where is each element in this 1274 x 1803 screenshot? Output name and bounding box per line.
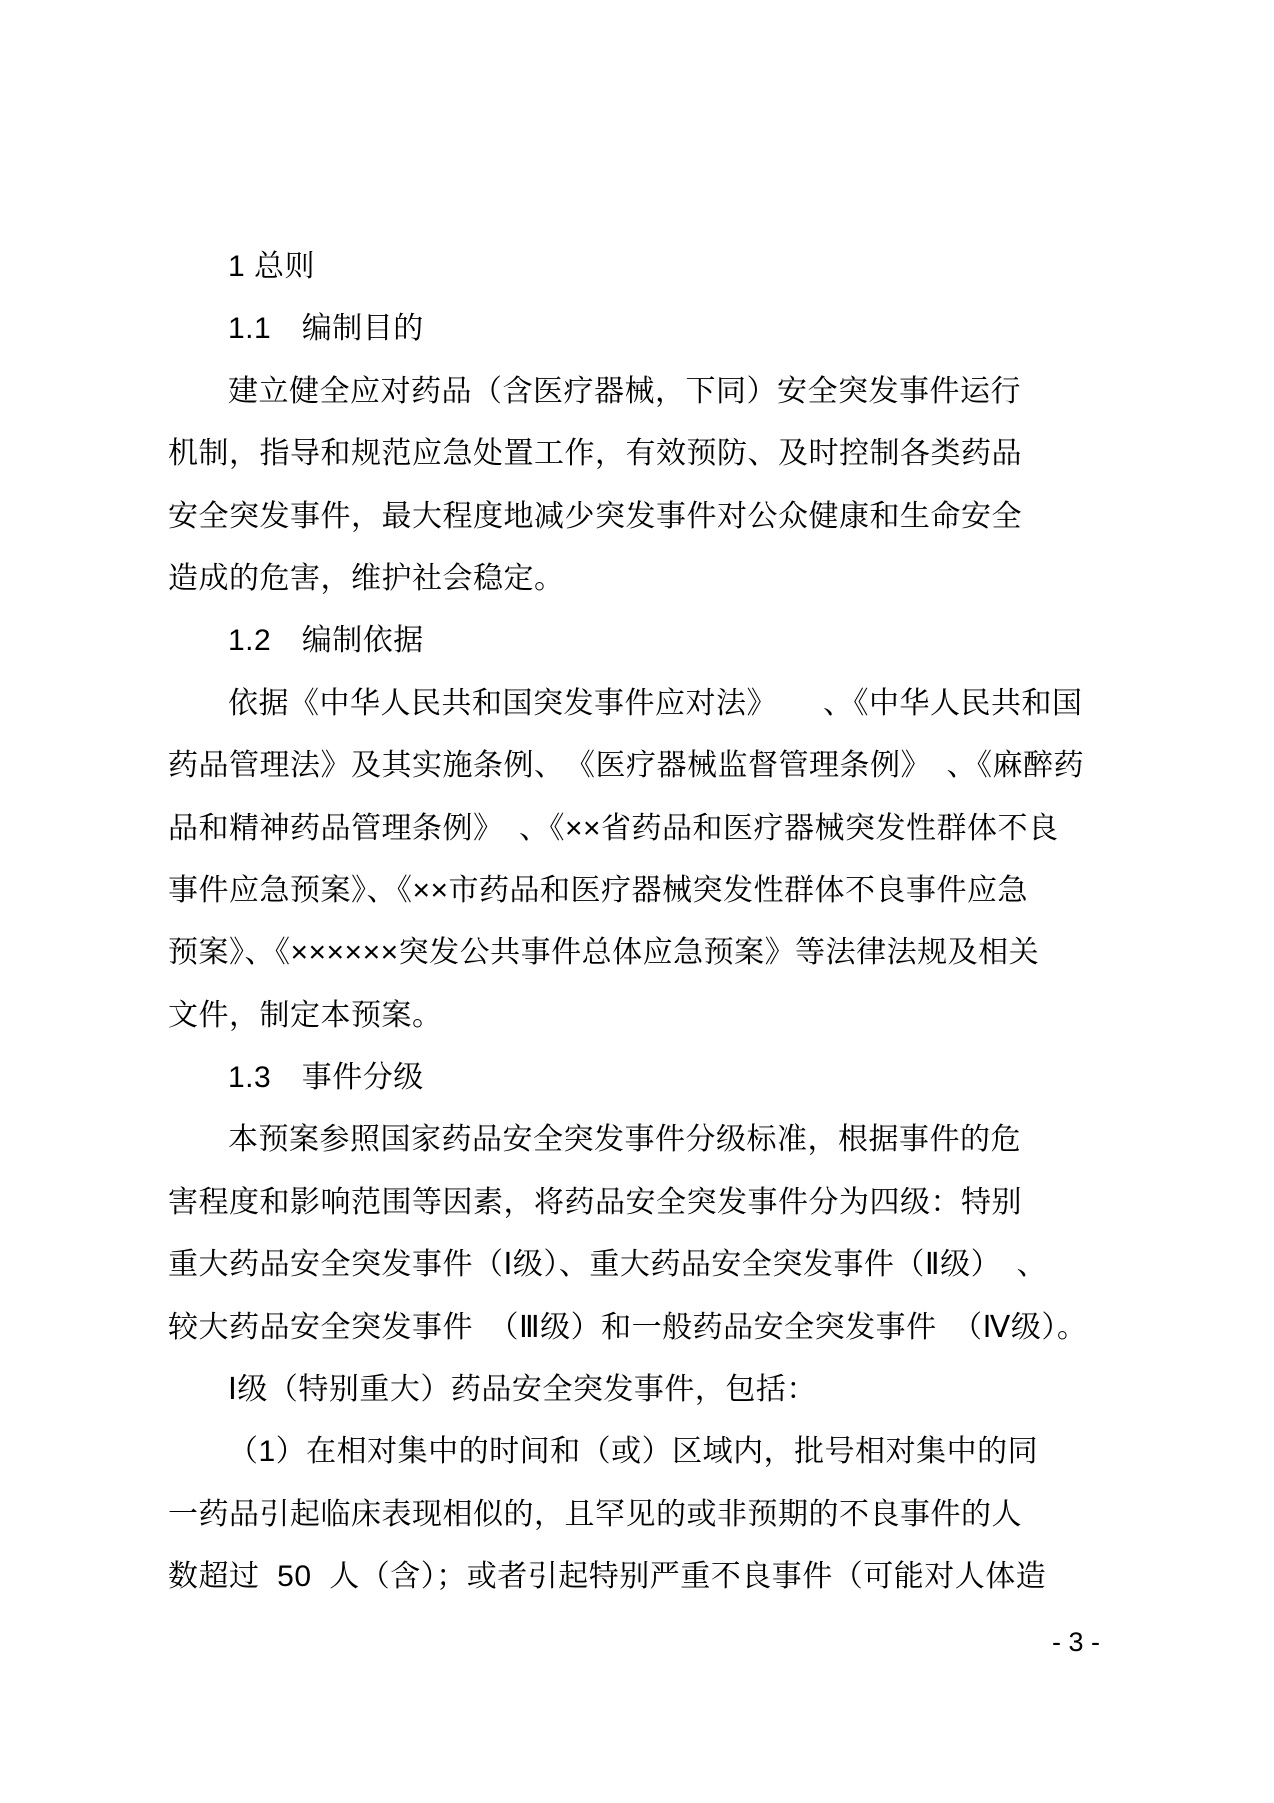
heading-line: 1.1 编制目的 [168, 298, 1048, 360]
text-line: 机制，指导和规范应急处置工作，有效预防、及时控制各类药品 [168, 423, 1048, 485]
text-line: 品和精神药品管理条例》 、《××省药品和医疗器械突发性群体不良 [168, 798, 1048, 860]
text-line: 建立健全应对药品（含医疗器械，下同）安全突发事件运行 [168, 361, 1048, 423]
text-line: 预案》、《××××××突发公共事件总体应急预案》等法律法规及相关 [168, 922, 1048, 984]
page-number: - 3 - [1052, 1629, 1100, 1656]
text-line: 依据《中华人民共和国突发事件应对法》 、《中华人民共和国 [168, 673, 1048, 735]
text-line: 数超过 50 人（含）；或者引起特别严重不良事件（可能对人体造 [168, 1546, 1048, 1608]
text-line: Ⅰ级（特别重大）药品安全突发事件，包括： [168, 1359, 1048, 1421]
text-line: （1）在相对集中的时间和（或）区域内，批号相对集中的同 [168, 1421, 1048, 1483]
text-line: 造成的危害，维护社会稳定。 [168, 548, 1048, 610]
document-page: 1 总则1.1 编制目的建立健全应对药品（含医疗器械，下同）安全突发事件运行机制… [0, 0, 1274, 1803]
text-line: 药品管理法》及其实施条例、 《医疗器械监督管理条例》 、《麻醉药 [168, 735, 1048, 797]
text-line: 重大药品安全突发事件（Ⅰ级）、重大药品安全突发事件（Ⅱ级） 、 [168, 1234, 1048, 1296]
text-line: 事件应急预案》、《××市药品和医疗器械突发性群体不良事件应急 [168, 860, 1048, 922]
heading-line: 1 总则 [168, 236, 1048, 298]
text-line: 文件，制定本预案。 [168, 985, 1048, 1047]
heading-line: 1.2 编制依据 [168, 610, 1048, 672]
text-line: 本预案参照国家药品安全突发事件分级标准，根据事件的危 [168, 1109, 1048, 1171]
text-line: 害程度和影响范围等因素，将药品安全突发事件分为四级：特别 [168, 1172, 1048, 1234]
text-line: 一药品引起临床表现相似的，且罕见的或非预期的不良事件的人 [168, 1484, 1048, 1546]
text-line: 安全突发事件，最大程度地减少突发事件对公众健康和生命安全 [168, 486, 1048, 548]
heading-line: 1.3 事件分级 [168, 1047, 1048, 1109]
text-line: 较大药品安全突发事件 （Ⅲ级）和一般药品安全突发事件 （Ⅳ级）。 [168, 1297, 1048, 1359]
document-body: 1 总则1.1 编制目的建立健全应对药品（含医疗器械，下同）安全突发事件运行机制… [168, 236, 1048, 1609]
